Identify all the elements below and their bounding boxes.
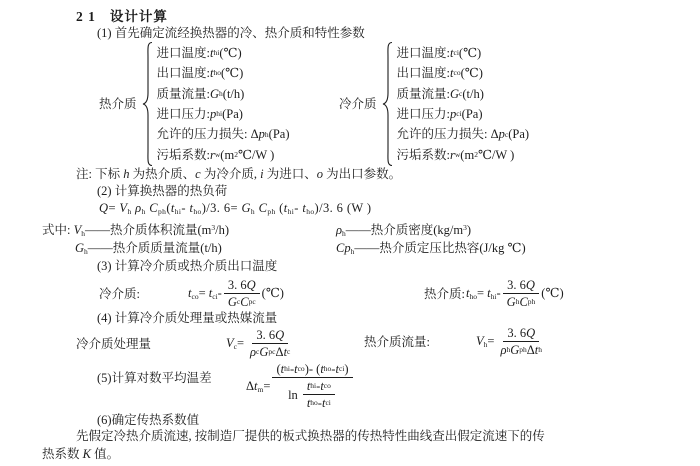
formula-unit: (℃) — [262, 286, 284, 300]
cold-throughput-label: 冷介质处理量 — [76, 337, 151, 351]
hot-property-line: 污垢系数: rw(m2℃/W ) — [157, 145, 290, 165]
formula-lead: tco= tci- — [188, 286, 222, 300]
section-title-text: 设计计算 — [110, 9, 168, 24]
hot-property-line: 质量流量: Gh(t/h) — [157, 84, 290, 104]
fraction: (thi- tco)- (tho- tci) ln thi- tco tho- … — [272, 362, 352, 410]
cold-property-line: 质量流量: Gc(t/h) — [397, 84, 530, 104]
cold-property-line: 污垢系数: rw(m2℃/W ) — [397, 145, 530, 165]
cold-medium-word: 冷介质: — [99, 287, 140, 301]
section-title: 2 1设计计算 — [76, 9, 168, 25]
hot-medium-word: 热介质: — [424, 287, 465, 301]
left-curly-brace-icon — [381, 41, 394, 167]
fraction-numerator: 3. 6Q — [252, 328, 288, 344]
hot-flow-label: 热介质流量: — [364, 335, 430, 349]
cold-medium-properties: 进口温度: tci(℃) 出口温度: tco(℃) 质量流量: Gc(t/h) … — [397, 43, 530, 165]
document-page: { "doc": { "section_number": "2 1", "sec… — [0, 0, 700, 466]
paragraph-line-1: 先假定冷热介质流速, 按制造厂提供的板式换热器的传热特性曲线查出假定流速下的传 — [76, 429, 545, 443]
cold-outlet-temp-formula: tco= tci- 3. 6Q Gc Cpc (℃) — [188, 278, 284, 309]
step-5-heading: (5)计算对数平均温差 — [97, 371, 212, 385]
cold-property-line: 允许的压力损失: Δpc(Pa) — [397, 124, 530, 144]
formula-lead: Vh= — [476, 334, 494, 348]
formula-lead: tho= thi- — [466, 286, 501, 300]
hot-medium-properties: 进口温度: thi(℃) 出口温度: tho(℃) 质量流量: Gh(t/h) … — [157, 43, 290, 165]
step-4-heading: (4) 计算冷介质处理量或热媒流量 — [97, 311, 277, 325]
nested-fraction: thi- tco tho- tci — [303, 379, 335, 410]
formula-unit: (℃) — [541, 286, 563, 300]
cold-volume-flow-formula: Vc= 3. 6Q ρc Gpc Δtc — [226, 328, 296, 359]
heat-load-formula: Q= Vh ρh Cph(thi- tho)/3. 6= Gh Cph (thi… — [99, 201, 371, 215]
fraction-numerator: 3. 6Q — [224, 278, 260, 294]
hot-property-line: 允许的压力损失: Δph(Pa) — [157, 124, 290, 144]
fraction: 3. 6Q Gh Cph — [503, 278, 540, 309]
cold-property-line: 出口温度: tco(℃) — [397, 63, 530, 83]
hot-medium-label: 热介质 — [99, 97, 137, 111]
left-curly-brace-icon — [141, 41, 154, 167]
hot-property-line: 出口温度: tho(℃) — [157, 63, 290, 83]
lmtd-formula: Δtm= (thi- tco)- (tho- tci) ln thi- tco … — [246, 362, 355, 410]
cold-property-line: 进口温度: tci(℃) — [397, 43, 530, 63]
fraction-numerator: 3. 6Q — [503, 326, 539, 342]
subscript-note: 注: 下标 h 为热介质、c 为冷介质, i 为进口、o 为出口参数。 — [76, 167, 401, 181]
cold-property-line: 进口压力: pci(Pa) — [397, 104, 530, 124]
fraction: 3. 6Q Gc Cpc — [224, 278, 260, 309]
nested-denominator: tho- tci — [303, 395, 335, 410]
nested-numerator: thi- tco — [303, 379, 335, 395]
ln-operator: ln — [288, 388, 298, 402]
step-2-heading: (2) 计算换热器的热负荷 — [97, 184, 227, 198]
fraction-denominator: Gc Cpc — [224, 294, 260, 309]
section-number: 2 1 — [76, 9, 96, 24]
def-specific-heat: Cph——热介质定压比热容(J/kg ℃) — [336, 241, 526, 255]
hot-property-line: 进口压力: phi(Pa) — [157, 104, 290, 124]
fraction-numerator: 3. 6Q — [503, 278, 539, 294]
def-volume-flow: 式中: Vh——热介质体积流量(m3/h) — [42, 223, 229, 237]
fraction-numerator: (thi- tco)- (tho- tci) — [272, 362, 352, 378]
paragraph-line-2: 热系数 K 值。 — [42, 447, 119, 461]
hot-medium-group: 热介质 进口温度: thi(℃) 出口温度: tho(℃) 质量流量: Gh(t… — [99, 41, 289, 167]
hot-property-line: 进口温度: thi(℃) — [157, 43, 290, 63]
fraction: 3. 6Q ρc Gpc Δtc — [246, 328, 294, 359]
formula-lead: Vc= — [226, 336, 244, 350]
step-3-heading: (3) 计算冷介质或热介质出口温度 — [97, 259, 277, 273]
cold-medium-label: 冷介质 — [339, 97, 377, 111]
hot-outlet-temp-formula: tho= thi- 3. 6Q Gh Cph (℃) — [466, 278, 564, 309]
step-6-heading: (6)确定传热系数值 — [97, 413, 199, 427]
fraction: 3. 6Q ρh Gph Δth — [496, 326, 546, 357]
fraction-denominator: ρh Gph Δth — [496, 342, 546, 357]
def-mass-flow: Gh——热介质质量流量(t/h) — [75, 241, 222, 255]
step-1-heading: (1) 首先确定流经换热器的冷、热介质和特性参数 — [97, 26, 365, 40]
formula-lead: Δtm= — [246, 379, 270, 393]
fraction-denominator: Gh Cph — [503, 294, 540, 309]
hot-volume-flow-formula: Vh= 3. 6Q ρh Gph Δth — [476, 326, 548, 357]
def-density: ρh——热介质密度(kg/m3) — [336, 223, 471, 237]
cold-medium-group: 冷介质 进口温度: tci(℃) 出口温度: tco(℃) 质量流量: Gc(t… — [339, 41, 529, 167]
fraction-denominator: ln thi- tco tho- tci — [284, 378, 341, 410]
fraction-denominator: ρc Gpc Δtc — [246, 344, 294, 359]
